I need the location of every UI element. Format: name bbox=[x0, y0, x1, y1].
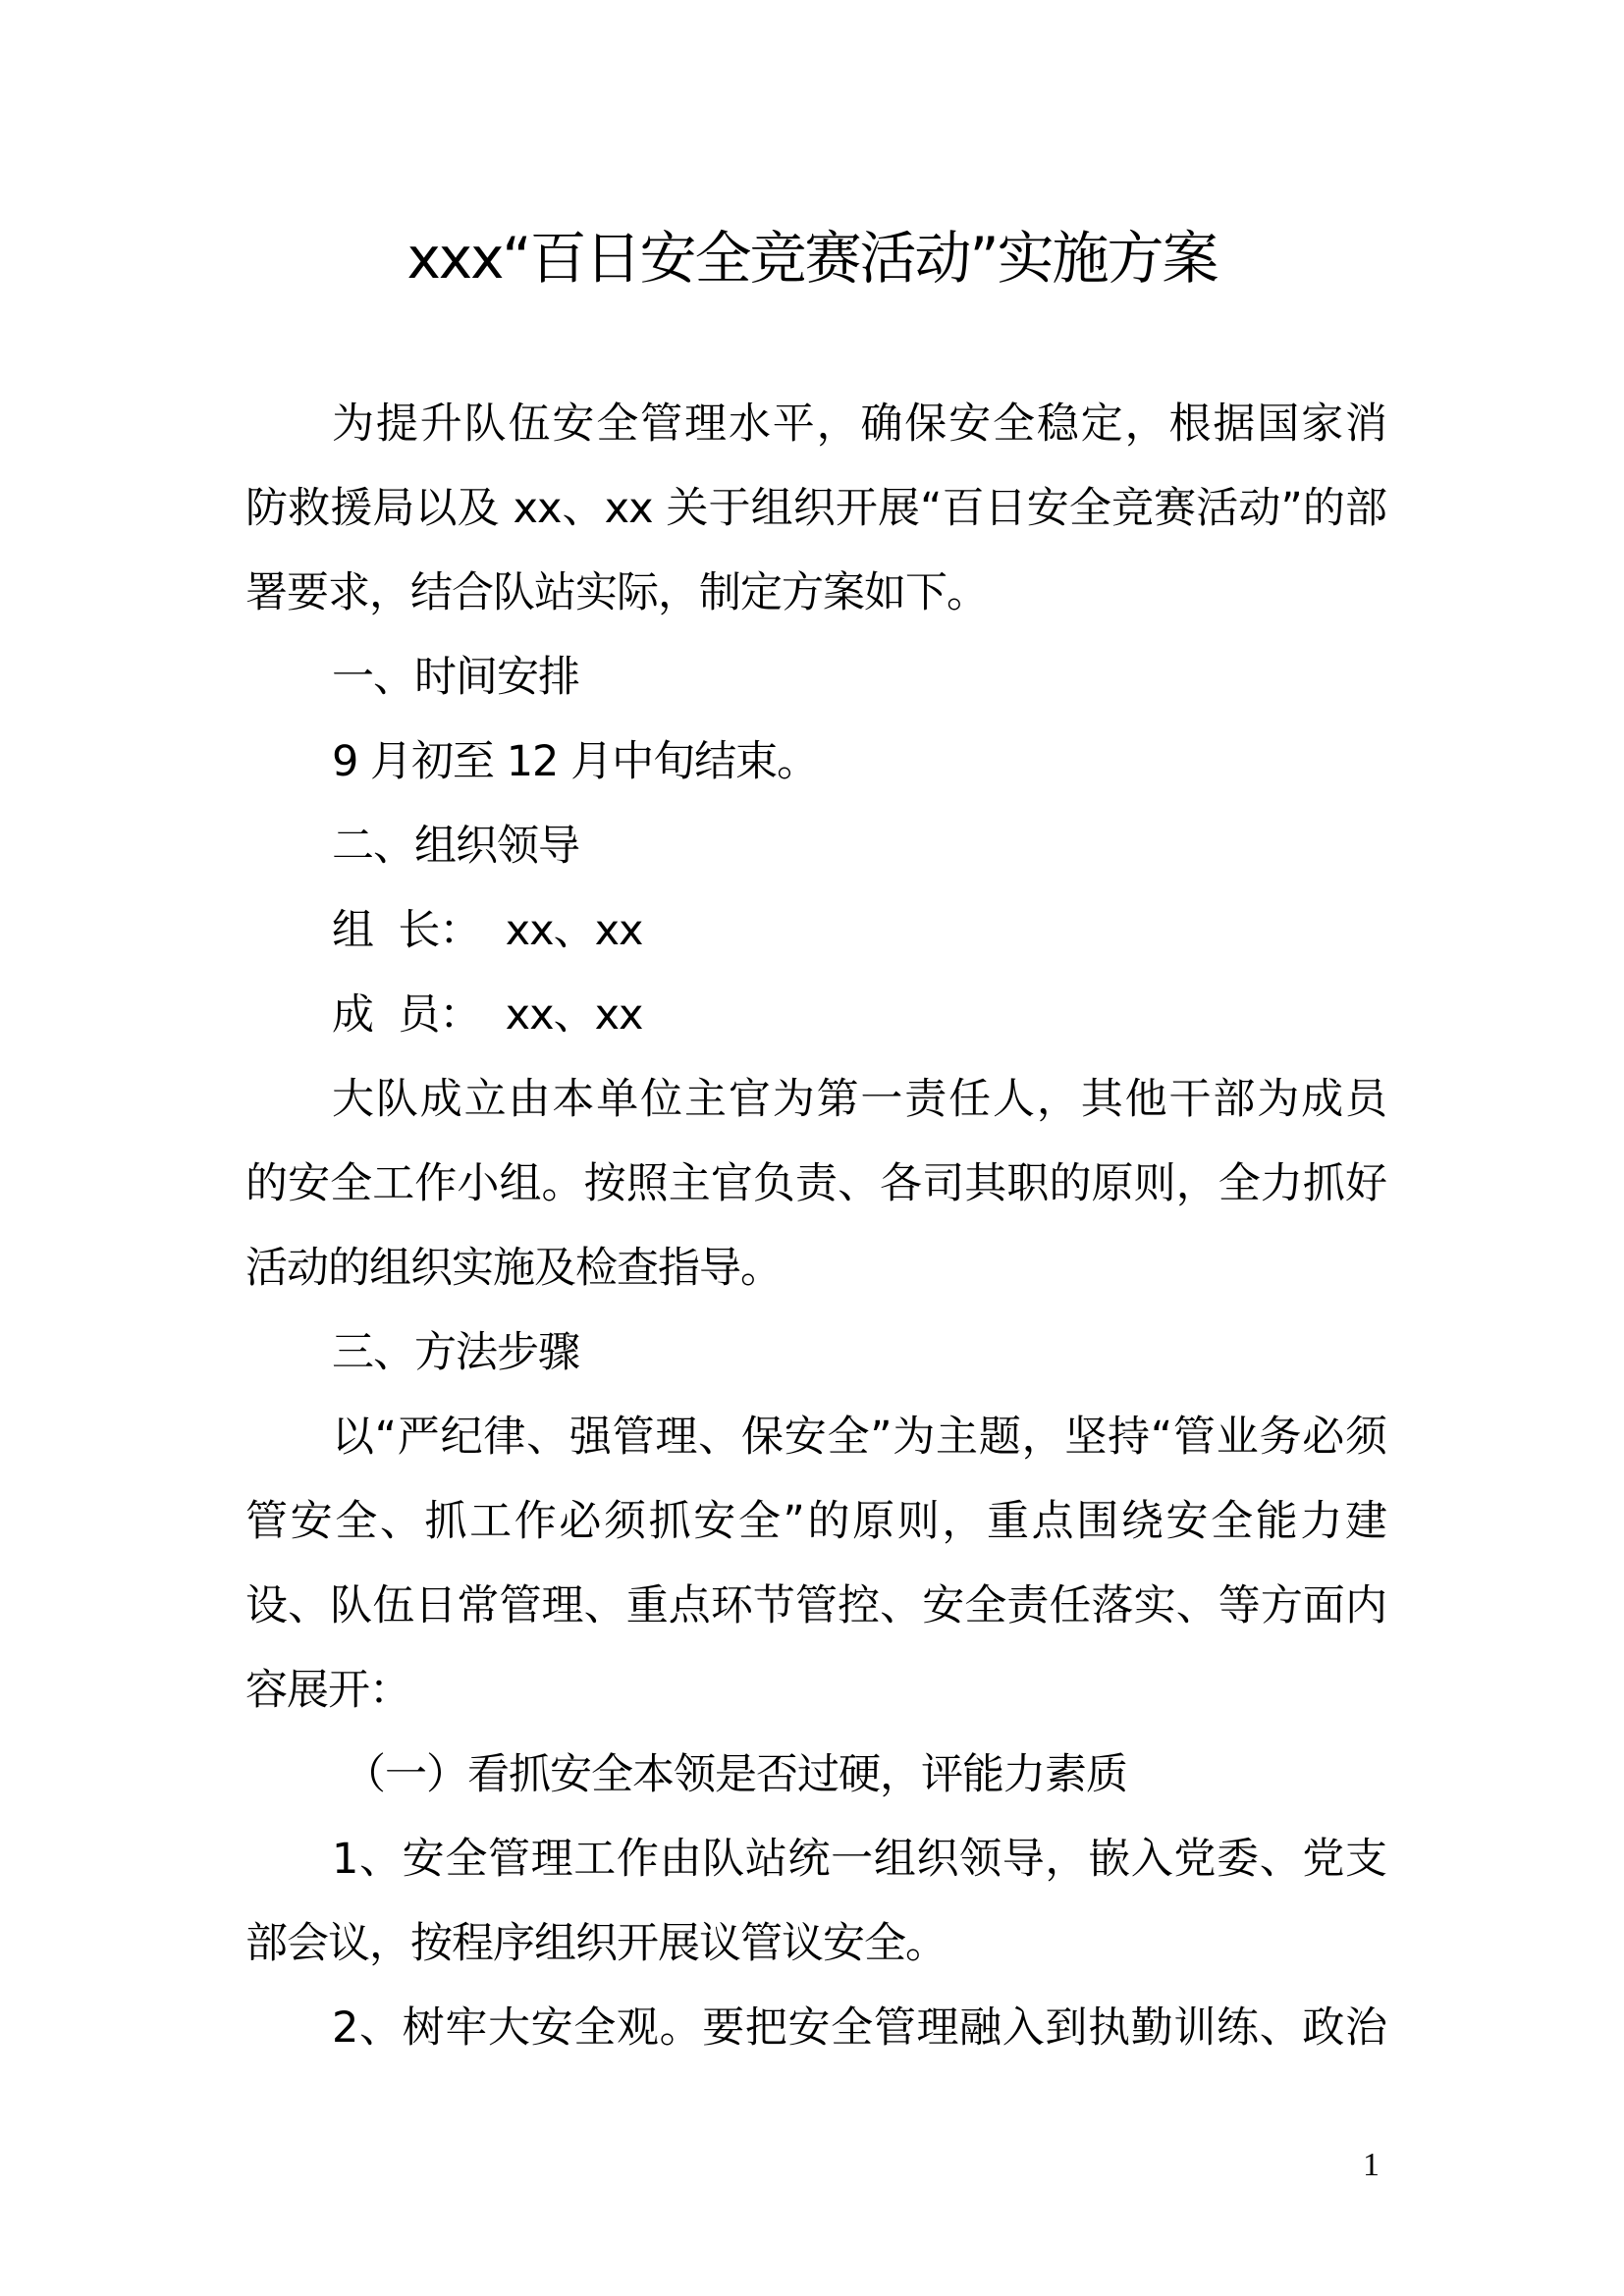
schedule-text: 9 月初至 12 月中旬结束。 bbox=[332, 734, 818, 789]
section-heading-schedule: 一、时间安排 bbox=[332, 650, 579, 705]
page-number: 1 bbox=[1363, 2146, 1380, 2185]
section-heading-methods: 三、方法步骤 bbox=[332, 1325, 579, 1380]
section-heading-leadership: 二、组织领导 bbox=[332, 819, 579, 874]
document-title: xxx“百日安全竞赛活动”实施方案 bbox=[0, 224, 1624, 293]
paragraph-team-line-3: 活动的组织实施及检查指导。 bbox=[245, 1241, 782, 1296]
paragraph-intro-line-2: 防救援局以及 xx、xx 关于组织开展“百日安全竞赛活动”的部 bbox=[245, 481, 1386, 536]
paragraph-methods-line-2: 管安全、抓工作必须抓安全”的原则，重点围绕安全能力建 bbox=[245, 1494, 1386, 1549]
item-1-line-1: 1、安全管理工作由队站统一组织领导，嵌入党委、党支 bbox=[332, 1832, 1386, 1887]
paragraph-methods-line-1: 以“严纪律、强管理、保安全”为主题，坚持“管业务必须 bbox=[332, 1410, 1386, 1465]
subsection-heading-1: （一）看抓安全本领是否过硬，评能力素质 bbox=[344, 1747, 1127, 1802]
paragraph-intro-line-3: 署要求，结合队站实际，制定方案如下。 bbox=[245, 565, 988, 620]
member-entry: 成 员： xx、xx bbox=[332, 988, 642, 1042]
paragraph-team-line-2: 的安全工作小组。按照主官负责、各司其职的原则，全力抓好 bbox=[245, 1156, 1386, 1211]
paragraph-methods-line-3: 设、队伍日常管理、重点环节管控、安全责任落实、等方面内 bbox=[245, 1578, 1386, 1633]
paragraph-team-line-1: 大队成立由本单位主官为第一责任人，其他干部为成员 bbox=[332, 1072, 1386, 1127]
paragraph-methods-line-4: 容展开： bbox=[245, 1663, 410, 1718]
document-page: xxx“百日安全竞赛活动”实施方案 为提升队伍安全管理水平，确保安全稳定，根据国… bbox=[0, 0, 1624, 2296]
leader-entry: 组 长： xx、xx bbox=[332, 903, 642, 958]
item-1-line-2: 部会议，按程序组织开展议管议安全。 bbox=[245, 1916, 947, 1971]
paragraph-intro-line-1: 为提升队伍安全管理水平，确保安全稳定，根据国家消 bbox=[332, 397, 1386, 452]
item-2-line-1: 2、树牢大安全观。要把安全管理融入到执勤训练、政治 bbox=[332, 2001, 1386, 2056]
